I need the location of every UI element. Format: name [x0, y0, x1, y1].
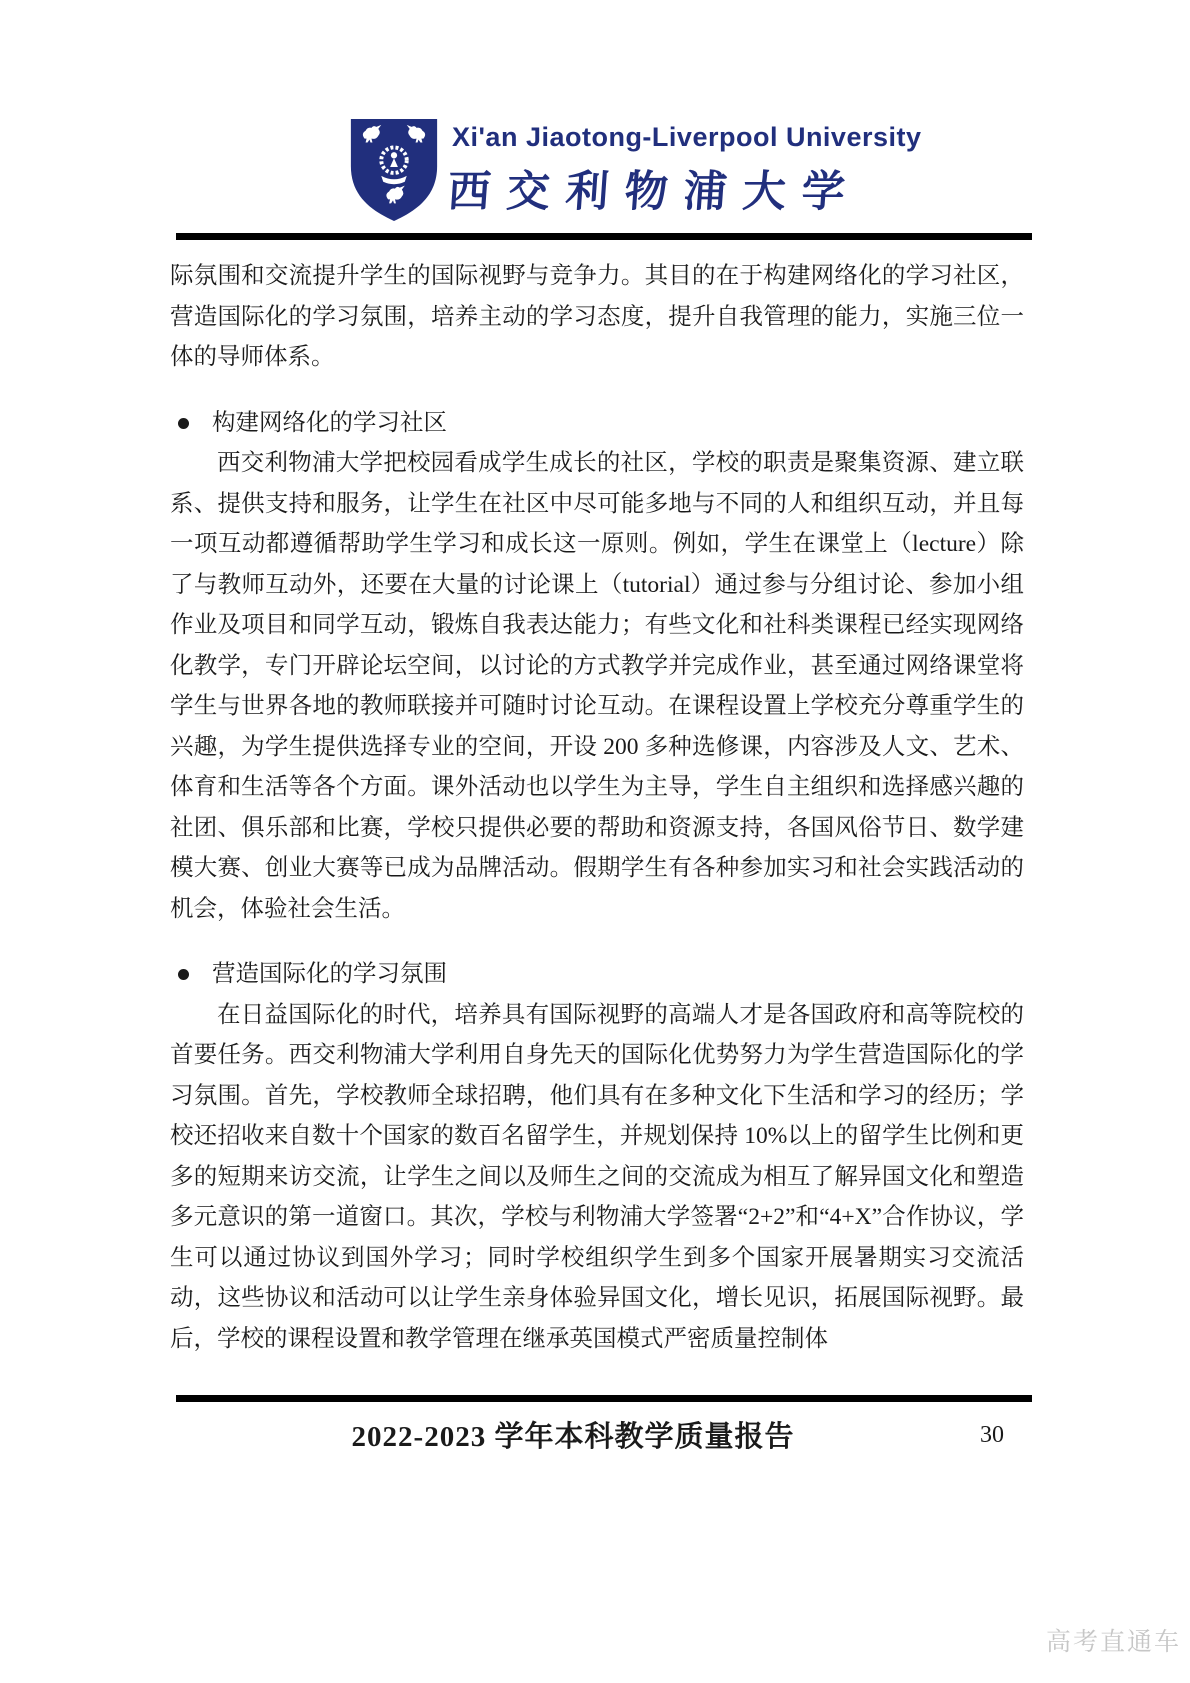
section-1-title: 构建网络化的学习社区: [212, 410, 447, 436]
footer-report-title: 2022-2023 学年本科教学质量报告: [146, 1414, 1000, 1455]
page-number: 30: [980, 1422, 1004, 1449]
header-rule: [176, 233, 1032, 240]
section-1-heading: 构建网络化的学习社区: [170, 403, 1024, 444]
bullet-icon: [178, 969, 189, 980]
university-name-english: Xi'an Jiaotong-Liverpool University: [452, 122, 922, 153]
section-1-paragraph: 西交利物浦大学把校园看成学生成长的社区，学校的职责是聚集资源、建立联系、提供支持…: [170, 443, 1024, 929]
document-body: 际氛围和交流提升学生的国际视野与竞争力。其目的在于构建网络化的学习社区，营造国际…: [170, 256, 1024, 1359]
section-2-paragraph: 在日益国际化的时代，培养具有国际视野的高端人才是各国政府和高等院校的首要任务。西…: [170, 995, 1024, 1360]
university-name-chinese: 西交利物浦大学: [446, 158, 863, 219]
footer-rule: [176, 1395, 1032, 1402]
watermark-text: 高考直通车: [1046, 1622, 1181, 1658]
section-2-heading: 营造国际化的学习氛围: [170, 954, 1024, 995]
document-page: Xi'an Jiaotong-Liverpool University 西交利物…: [0, 0, 1190, 1683]
intro-paragraph: 际氛围和交流提升学生的国际视野与竞争力。其目的在于构建网络化的学习社区，营造国际…: [170, 256, 1024, 378]
section-2-title: 营造国际化的学习氛围: [212, 961, 447, 987]
xjtlu-shield-logo: [345, 115, 443, 225]
bullet-icon: [178, 418, 189, 429]
